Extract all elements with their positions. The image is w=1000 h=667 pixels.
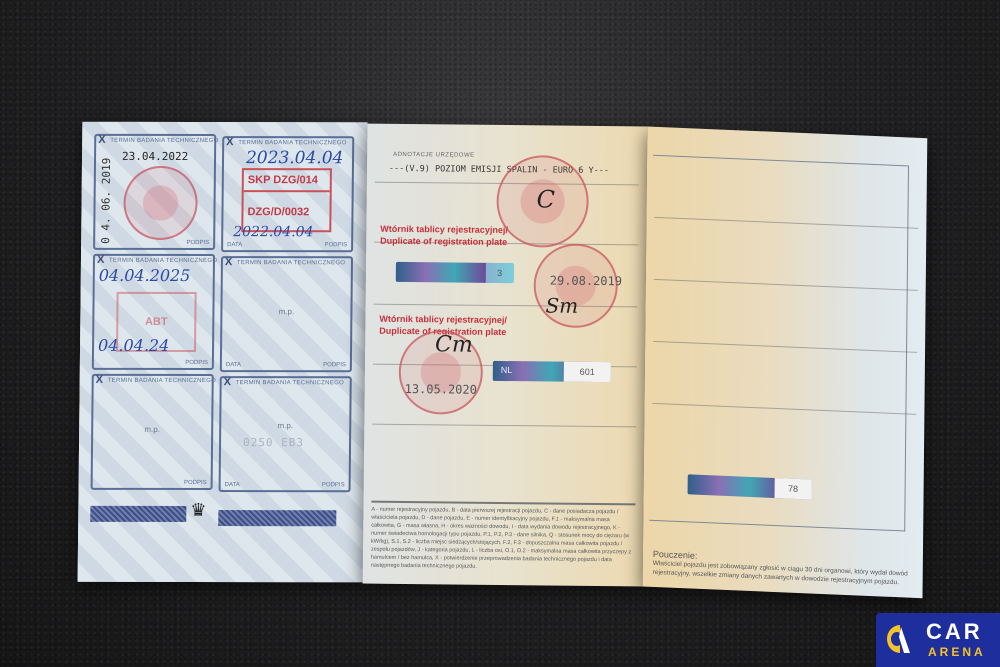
official-seal bbox=[123, 166, 198, 240]
inspection-box-5: X TERMIN BADANIA TECHNICZNEGO m.p. PODPI… bbox=[91, 374, 214, 490]
stamp-placeholder: m.p. bbox=[93, 425, 211, 434]
station-stamp: SKP DZG/014 DZG/D/0032 bbox=[241, 168, 332, 232]
handwritten-date-top: 04.04.2025 bbox=[99, 266, 191, 285]
stamp-date-2: 13.05.2020 bbox=[405, 382, 477, 397]
footer-date-label: DATA bbox=[227, 242, 242, 248]
x-mark: X bbox=[96, 374, 103, 386]
footer-signature-label: PODPIS bbox=[185, 360, 208, 366]
x-mark: X bbox=[224, 376, 231, 388]
footer-signature-label: PODPIS bbox=[322, 482, 345, 488]
inspection-box-2: X TERMIN BADANIA TECHNICZNEGO 2023.04.04… bbox=[221, 136, 354, 252]
box-header: TERMIN BADANIA TECHNICZNEGO bbox=[238, 140, 346, 146]
notice: Pouczenie: Właściciel pojazdu jest zobow… bbox=[653, 550, 913, 588]
duplicate-label-pl: Wtórnik tablicy rejestracyjnej/ bbox=[380, 224, 508, 236]
x-mark: X bbox=[225, 256, 232, 268]
x-mark: X bbox=[97, 254, 104, 266]
handwritten-date-bottom: 2022.04.04 bbox=[233, 224, 313, 240]
hologram-number: 3 bbox=[485, 263, 514, 283]
logo-text-car: CAR bbox=[926, 619, 983, 645]
handwritten-date-top: 2023.04.04 bbox=[246, 148, 344, 168]
box-header: TERMIN BADANIA TECHNICZNEGO bbox=[109, 258, 217, 264]
signature: Sm bbox=[545, 293, 578, 317]
stamp-date-1: 29.08.2019 bbox=[550, 273, 622, 288]
box-header: TERMIN BADANIA TECHNICZNEGO bbox=[236, 380, 344, 386]
footer-signature-label: PODPIS bbox=[184, 480, 207, 486]
registration-document: X TERMIN BADANIA TECHNICZNEGO 23.04.2022… bbox=[78, 121, 928, 590]
footer-signature-label: PODPIS bbox=[323, 362, 346, 368]
hologram-sticker-1: 3 bbox=[396, 262, 514, 283]
middle-page: ADNOTACJE URZĘDOWE ---(V.9) POZIOM EMISJ… bbox=[363, 124, 648, 587]
duplicate-label-pl: Wtórnik tablicy rejestracyjnej/ bbox=[379, 314, 507, 326]
signature: C bbox=[536, 185, 555, 213]
stamp-line-1: SKP DZG/014 bbox=[244, 170, 330, 192]
hologram-sticker-2: NL 601 bbox=[493, 361, 611, 382]
handwritten-date-bottom: 04.04.24 bbox=[98, 336, 169, 355]
hologram-prefix: NL bbox=[501, 365, 513, 375]
footer-signature-label: PODPIS bbox=[186, 240, 209, 246]
section-label: ADNOTACJE URZĘDOWE bbox=[393, 152, 475, 159]
field-legend: A - numer rejestracyjny pojazdu, B - dat… bbox=[371, 501, 636, 573]
inspection-box-6: X TERMIN BADANIA TECHNICZNEGO m.p. 0250 … bbox=[219, 376, 352, 492]
logo-text-arena: ARENA bbox=[928, 645, 986, 659]
x-mark: X bbox=[226, 136, 233, 148]
typed-date: 23.04.2022 bbox=[122, 150, 188, 163]
hologram-number: 601 bbox=[564, 362, 611, 382]
footer-date-label: DATA bbox=[225, 482, 240, 488]
inspection-box-1: X TERMIN BADANIA TECHNICZNEGO 23.04.2022… bbox=[93, 134, 216, 250]
stamp-placeholder: m.p. bbox=[221, 421, 349, 430]
box-header: TERMIN BADANIA TECHNICZNEGO bbox=[108, 378, 216, 384]
guilloche-band-right bbox=[218, 510, 336, 526]
stamp-placeholder: m.p. bbox=[222, 307, 350, 316]
car-arena-logo-icon bbox=[886, 623, 912, 655]
left-page: X TERMIN BADANIA TECHNICZNEGO 23.04.2022… bbox=[78, 122, 368, 582]
stamp-line-2: DZG/D/0032 bbox=[243, 192, 329, 218]
car-arena-logo: CAR ARENA bbox=[876, 613, 1000, 667]
polish-eagle-icon: ♛ bbox=[190, 500, 206, 521]
faded-number: 0250 EB3 bbox=[243, 436, 304, 449]
inspection-box-4: X TERMIN BADANIA TECHNICZNEGO m.p. DATA … bbox=[220, 256, 353, 372]
duplicate-label-en: Duplicate of registration plate bbox=[380, 236, 507, 248]
hologram-number: 78 bbox=[774, 478, 811, 500]
box-header: TERMIN BADANIA TECHNICZNEGO bbox=[110, 138, 218, 144]
box-header: TERMIN BADANIA TECHNICZNEGO bbox=[237, 260, 345, 266]
footer-date-label: DATA bbox=[226, 362, 241, 368]
footer-signature-label: PODPIS bbox=[324, 242, 347, 248]
x-mark: X bbox=[98, 134, 105, 146]
rule bbox=[372, 424, 636, 428]
signature: Cm bbox=[435, 332, 473, 357]
guilloche-band-left bbox=[90, 506, 186, 522]
vertical-date: 0 4. 06. 2019 bbox=[99, 158, 113, 244]
right-page: 78 Pouczenie: Właściciel pojazdu jest zo… bbox=[643, 127, 928, 599]
inspection-box-3: X TERMIN BADANIA TECHNICZNEGO 04.04.2025… bbox=[92, 254, 215, 370]
